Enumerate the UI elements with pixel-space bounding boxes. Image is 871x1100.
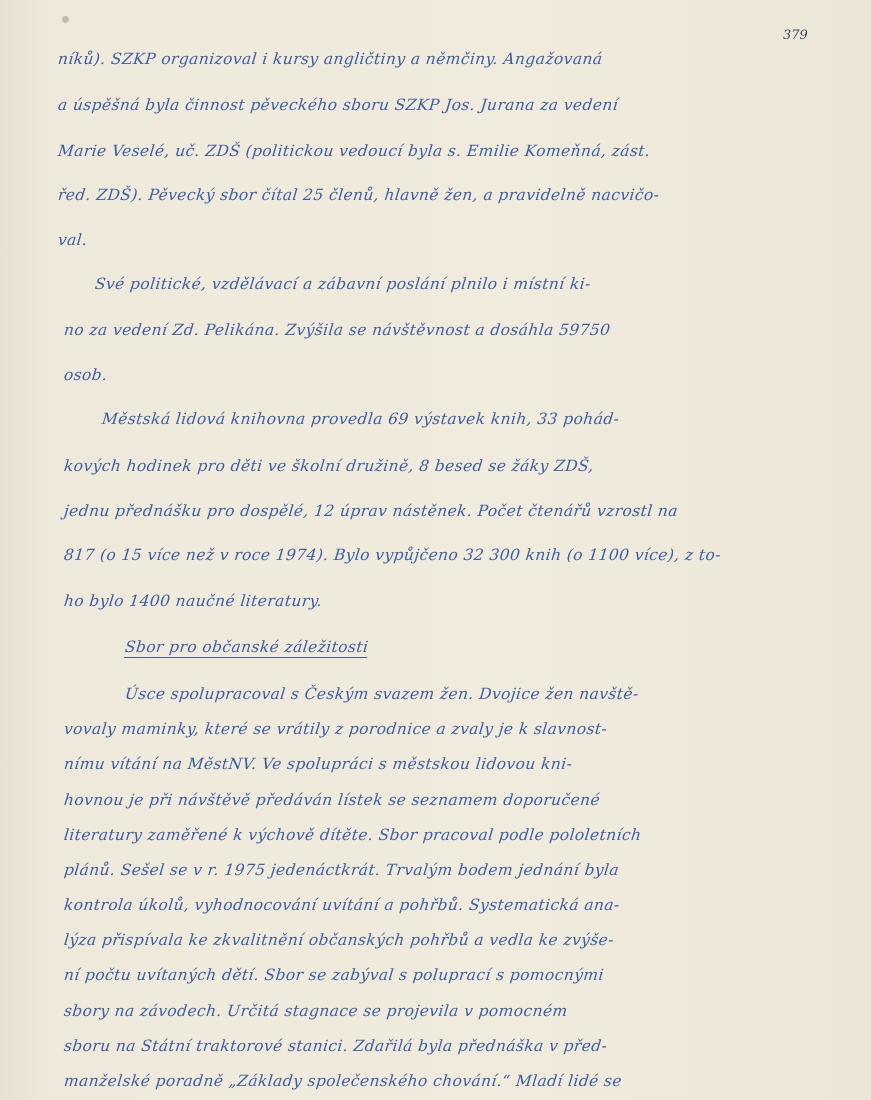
text-line: níků). SZKP organizoval i kursy angličti… <box>57 50 603 68</box>
text-line: 817 (o 15 více než v roce 1974). Bylo vy… <box>63 546 722 564</box>
section-heading: Sbor pro občanské záležitosti <box>124 638 369 656</box>
page-number: 379 <box>783 28 808 43</box>
text-line: lýza přispívala ke zkvalitnění občanskýc… <box>63 931 615 949</box>
paper-speck <box>62 16 69 23</box>
text-line: ho bylo 1400 naučné literatury. <box>63 592 323 610</box>
text-line: osob. <box>63 366 108 384</box>
text-line: sboru na Státní traktorové stanici. Zdař… <box>63 1037 608 1055</box>
text-line: sbory na závodech. Určitá stagnace se pr… <box>63 1002 569 1020</box>
text-line: manželské poradně „Základy společenského… <box>63 1072 623 1090</box>
text-line: hovnou je při návštěvě předáván lístek s… <box>63 791 601 809</box>
document-page: 379 níků). SZKP organizoval i kursy angl… <box>0 0 871 1100</box>
text-line: val. <box>57 231 88 249</box>
text-line: no za vedení Zd. Pelikána. Zvýšila se ná… <box>63 321 611 339</box>
text-line: a úspěšná byla činnost pěveckého sboru S… <box>57 96 619 114</box>
text-line: literatury zaměřené k výchově dítěte. Sb… <box>63 826 642 844</box>
text-line: Městská lidová knihovna provedla 69 výst… <box>101 410 620 428</box>
text-line: vovaly maminky, které se vrátily z porod… <box>63 720 608 738</box>
text-line: Úsce spolupracoval s Českým svazem žen. … <box>124 685 640 703</box>
text-line: kontrola úkolů, vyhodnocování uvítání a … <box>63 896 621 914</box>
text-line: Své politické, vzdělávací a zábavní posl… <box>94 275 592 293</box>
text-line: jednu přednášku pro dospělé, 12 úprav ná… <box>63 502 679 520</box>
text-line: ní počtu uvítaných dětí. Sbor se zabýval… <box>63 966 605 984</box>
text-line: nímu vítání na MěstNV. Ve spolupráci s m… <box>63 755 573 773</box>
text-line: kových hodinek pro děti ve školní družin… <box>63 457 595 475</box>
text-line: Marie Veselé, uč. ZDŠ (politickou vedouc… <box>57 142 651 160</box>
text-line: plánů. Sešel se v r. 1975 jedenáctkrát. … <box>63 861 620 879</box>
text-line: řed. ZDŠ). Pěvecký sbor čítal 25 členů, … <box>57 186 660 204</box>
